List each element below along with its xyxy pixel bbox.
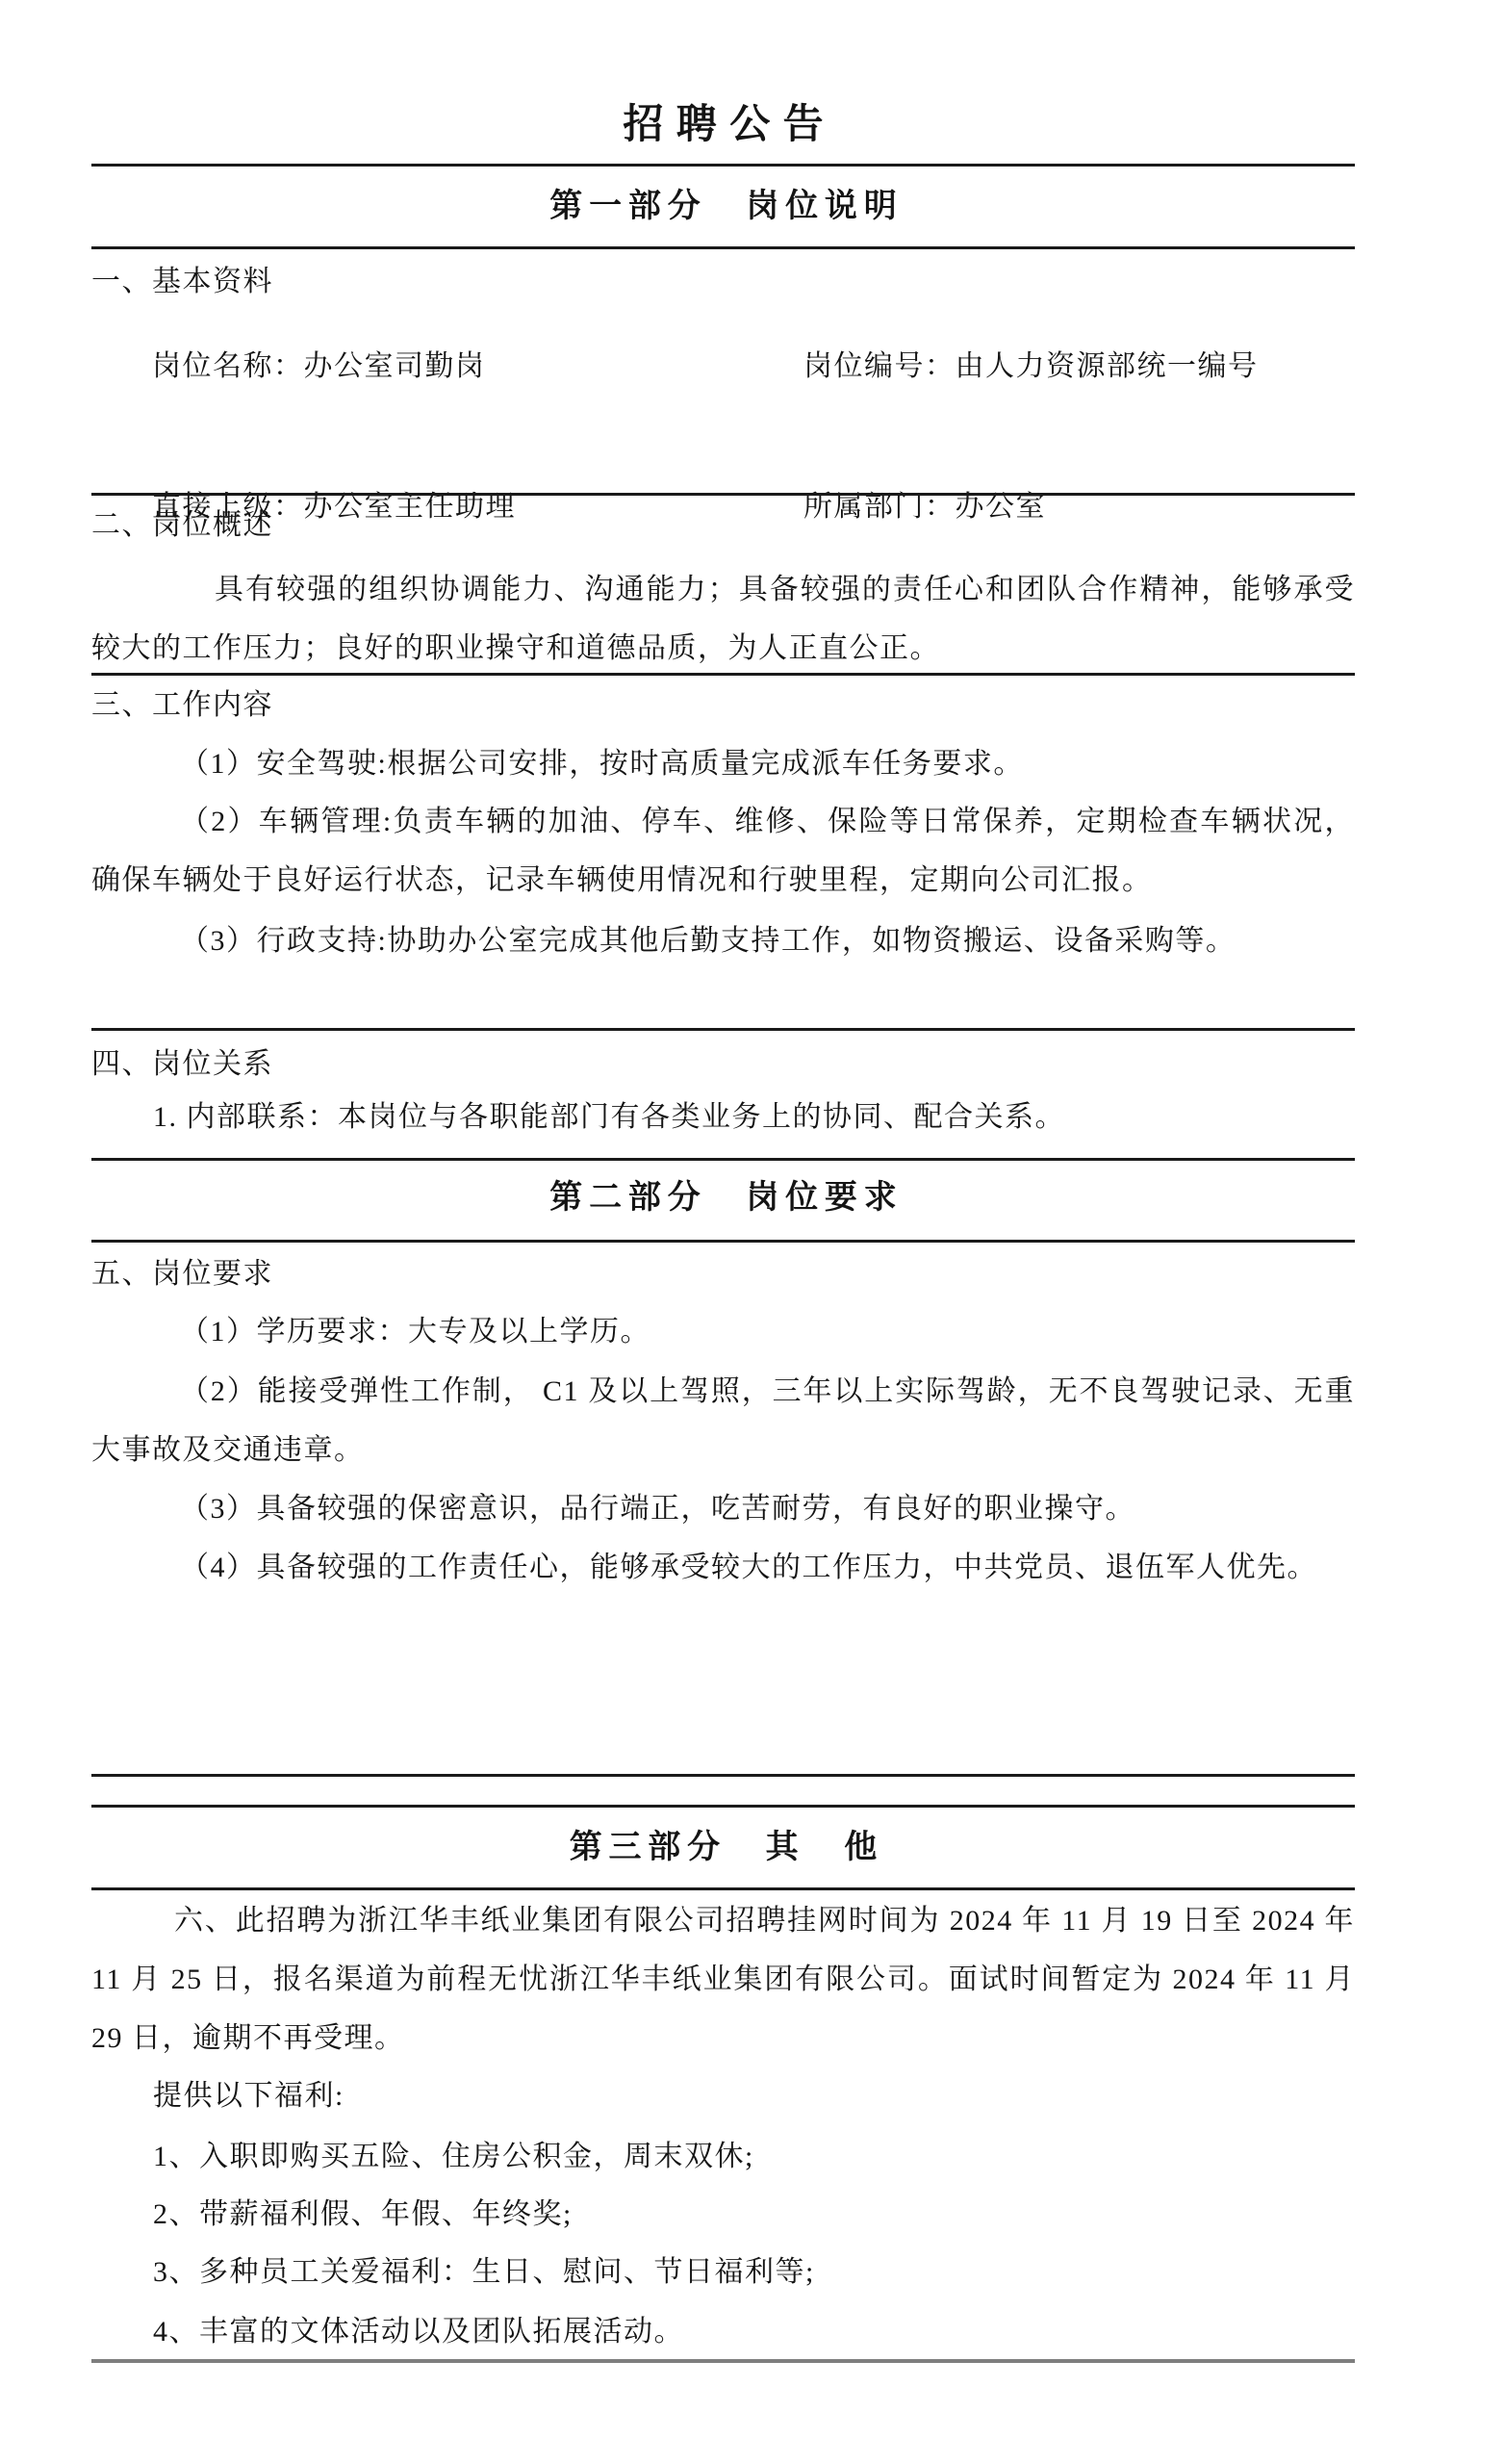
field-value: 办公室司勤岗 xyxy=(304,350,486,382)
field-label: 岗位编号： xyxy=(803,350,956,382)
divider xyxy=(91,1158,1355,1161)
part3-paragraph: 六、此招聘为浙江华丰纸业集团有限公司招聘挂网时间为 2024 年 11 月 19… xyxy=(91,1891,1355,2067)
section-title-relations: 四、岗位关系 xyxy=(91,1035,1355,1093)
divider xyxy=(91,1774,1355,1777)
divider xyxy=(91,1240,1355,1243)
section-title-duties: 三、工作内容 xyxy=(91,676,1355,734)
part3-heading: 第三部分 其 他 xyxy=(91,1826,1355,1870)
requirement-item: （2）能接受弹性工作制， C1 及以上驾照，三年以上实际驾龄，无不良驾驶记录、无… xyxy=(91,1362,1355,1479)
divider-bottom xyxy=(91,2359,1355,2363)
part1-heading: 第一部分 岗位说明 xyxy=(91,185,1355,229)
basic-info-field: 岗位编号：由人力资源部统一编号 xyxy=(803,337,1259,396)
duty-item: （1）安全驾驶:根据公司安排，按时高质量完成派车任务要求。 xyxy=(91,734,1355,793)
divider xyxy=(91,164,1355,167)
divider xyxy=(91,1805,1355,1808)
benefit-item: 2、带薪福利假、年假、年终奖; xyxy=(91,2185,1355,2244)
benefit-item: 3、多种员工关爱福利：生日、慰问、节日福利等; xyxy=(91,2243,1355,2301)
part2-heading: 第二部分 岗位要求 xyxy=(91,1176,1355,1220)
requirement-item: （1）学历要求：大专及以上学历。 xyxy=(91,1302,1355,1361)
divider xyxy=(91,246,1355,249)
requirement-item: （4）具备较强的工作责任心，能够承受较大的工作压力，中共党员、退伍军人优先。 xyxy=(91,1538,1355,1597)
field-value: 由人力资源部统一编号 xyxy=(956,350,1259,382)
divider xyxy=(91,1028,1355,1031)
divider xyxy=(91,1887,1355,1890)
document-title: 招聘公告 xyxy=(91,98,1355,152)
benefit-item: 4、丰富的文体活动以及团队拓展活动。 xyxy=(91,2302,1355,2361)
section-title-requirements: 五、岗位要求 xyxy=(91,1245,1355,1303)
duty-item: （3）行政支持:协助办公室完成其他后勤支持工作，如物资搬运、设备采购等。 xyxy=(91,911,1355,970)
requirement-item: （3）具备较强的保密意识，品行端正，吃苦耐劳，有良好的职业操守。 xyxy=(91,1479,1355,1538)
section-title-basic-info: 一、基本资料 xyxy=(91,252,1355,311)
section-title-overview: 二、岗位概述 xyxy=(91,496,1355,554)
overview-paragraph: 具有较强的组织协调能力、沟通能力；具备较强的责任心和团队合作精神，能够承受较大的… xyxy=(91,560,1355,678)
basic-info-field: 岗位名称：办公室司勤岗 xyxy=(91,337,486,396)
document-page: 招聘公告 第一部分 岗位说明 一、基本资料 岗位名称：办公室司勤岗 岗位编号：由… xyxy=(0,0,1504,2464)
benefits-intro: 提供以下福利: xyxy=(91,2066,1355,2125)
duty-item: （2）车辆管理:负责车辆的加油、停车、维修、保险等日常保养，定期检查车辆状况，确… xyxy=(91,792,1355,910)
benefit-item: 1、入职即购买五险、住房公积金，周末双休; xyxy=(91,2127,1355,2186)
basic-info-row: 岗位名称：办公室司勤岗 岗位编号：由人力资源部统一编号 xyxy=(91,337,1355,396)
field-label: 岗位名称： xyxy=(152,350,304,382)
relation-item: 1. 内部联系：本岗位与各职能部门有各类业务上的协同、配合关系。 xyxy=(91,1088,1355,1146)
